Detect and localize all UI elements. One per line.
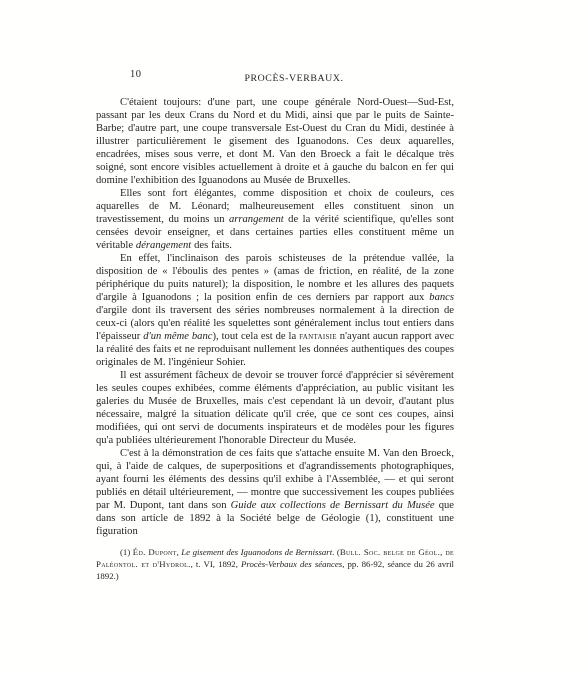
running-title: PROCÈS-VERBAUX.: [244, 73, 343, 84]
text-segment: des faits.: [191, 240, 232, 251]
text-segment: , t. VI, 1892,: [191, 559, 241, 569]
text-segment: En effet, l'inclinaison des parois schis…: [96, 253, 454, 303]
footnote-series: Procès-Verbaux des séances: [241, 559, 342, 569]
text-segment: C'étaient toujours: d'une part, une coup…: [96, 97, 454, 186]
paragraph-2: Elles sont fort élégantes, comme disposi…: [96, 187, 454, 252]
footnote: (1) Éd. Dupont, Le gisement des Iguanodo…: [96, 547, 454, 582]
footnote-author: Éd. Dupont: [133, 547, 177, 557]
text-segment-italic: dérangement: [136, 240, 191, 251]
text-segment: Il est assurément fâcheux de devoir se t…: [96, 370, 454, 446]
text-block: C'étaient toujours: d'une part, une coup…: [96, 96, 454, 582]
text-segment-italic: Guide aux collections de Bernissart du M…: [231, 500, 435, 511]
text-segment-italic: arrangement: [229, 214, 284, 225]
paragraph-1: C'étaient toujours: d'une part, une coup…: [96, 96, 454, 187]
footnote-work-title: Le gisement des Iguanodons de Bernissart: [181, 547, 332, 557]
paragraph-5: C'est à la démonstration de ces faits qu…: [96, 447, 454, 538]
text-segment-smallcaps: fantaisie: [299, 331, 337, 342]
text-segment: . (: [332, 547, 340, 557]
text-segment-italic: d'un même banc: [143, 331, 212, 342]
text-segment: ), tout cela est de la: [212, 331, 299, 342]
scanned-page: 10 PROCÈS-VERBAUX. C'étaient toujours: d…: [0, 0, 588, 678]
page-number: 10: [130, 69, 142, 80]
paragraph-3: En effet, l'inclinaison des parois schis…: [96, 252, 454, 369]
paragraph-4: Il est assurément fâcheux de devoir se t…: [96, 369, 454, 447]
footnote-marker: (1): [120, 547, 133, 557]
text-segment-italic: bancs: [429, 292, 454, 303]
page-header: 10 PROCÈS-VERBAUX.: [0, 68, 588, 82]
